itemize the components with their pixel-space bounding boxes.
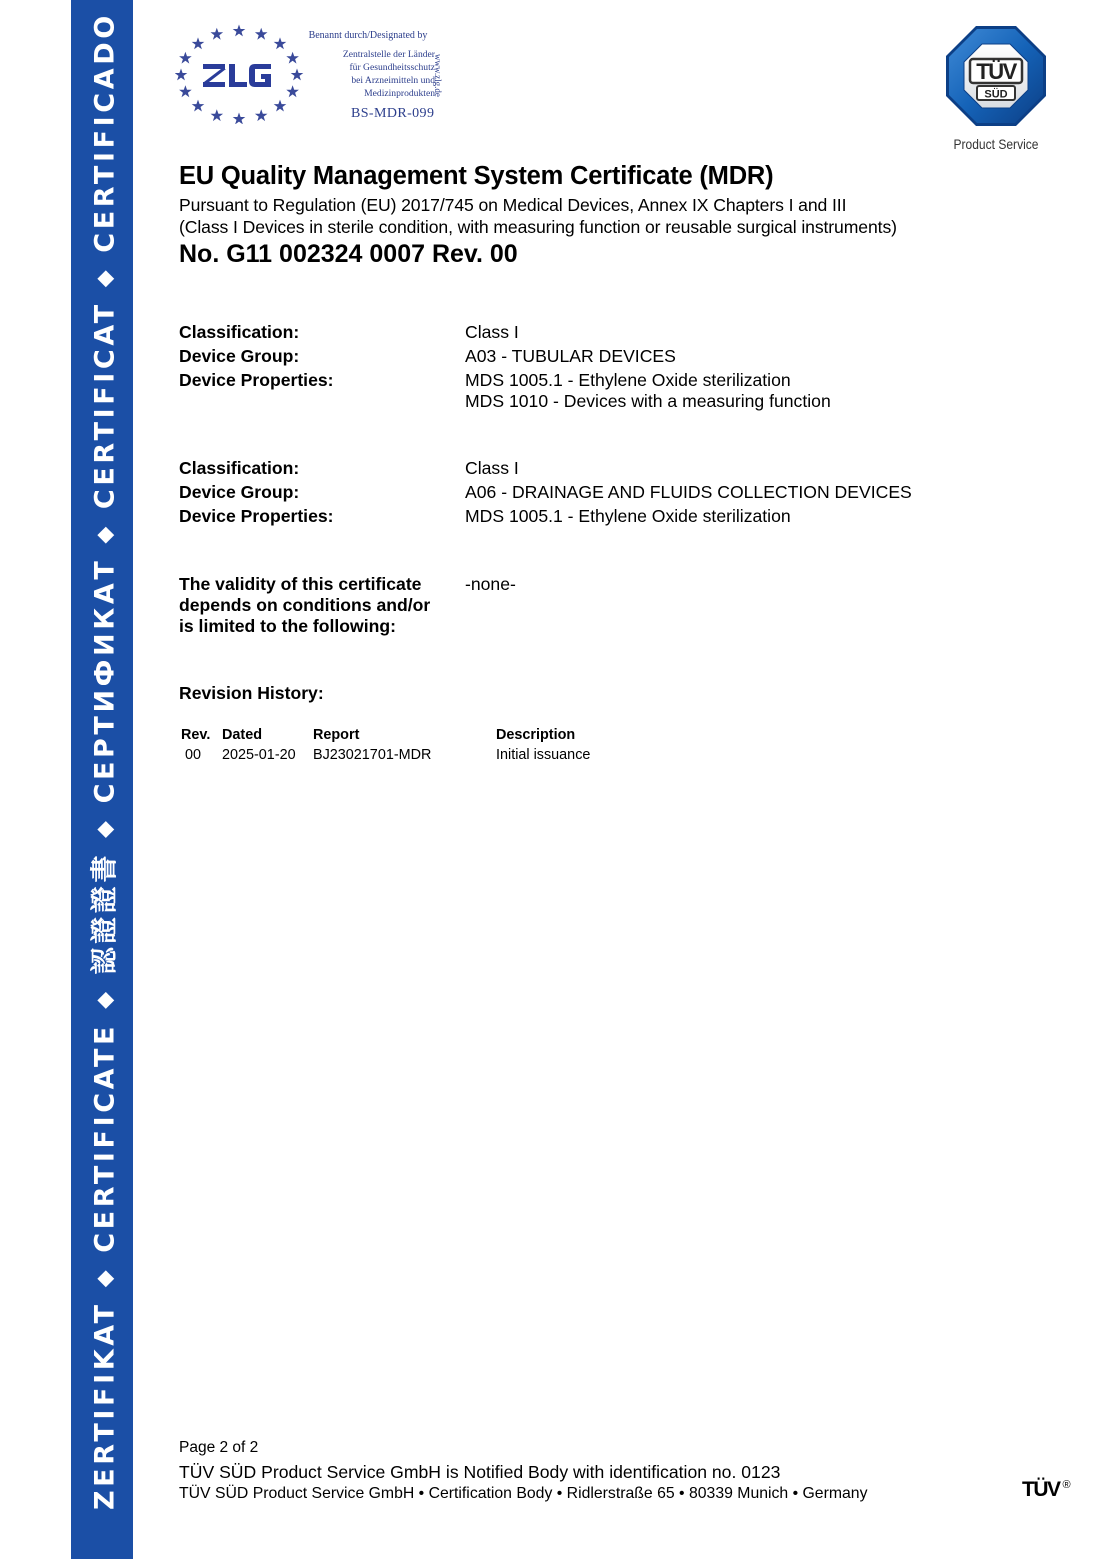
band-word: CERTIFICATE (90, 1022, 121, 1252)
zlg-url: www.zlg.de (433, 54, 443, 97)
cell-report: BJ23021701-MDR (313, 745, 431, 765)
regulation-subtitle: Pursuant to Regulation (EU) 2017/745 on … (179, 195, 846, 216)
diamond-icon: ◆ (93, 523, 118, 544)
value: A06 - DRAINAGE AND FLUIDS COLLECTION DEV… (465, 482, 912, 503)
band-word: CERTIFICADO (90, 12, 121, 252)
column-header-rev: Rev. (181, 725, 210, 745)
zlg-org-line: Medizinprodukten (305, 87, 435, 100)
label: Classification: (179, 458, 299, 479)
svg-text:SÜD: SÜD (984, 88, 1007, 101)
tuv-octagon-icon: TÜV SÜD (944, 24, 1048, 128)
certificate-title: EU Quality Management System Certificate… (179, 162, 773, 191)
side-band: ZERTIFIKAT◆CERTIFICATE◆認證證書◆СЕРТИФИКАТ◆C… (71, 0, 133, 1559)
value: MDS 1005.1 - Ethylene Oxide sterilizatio… (465, 370, 791, 391)
label: Classification: (179, 322, 299, 343)
zlg-org-line: bei Arzneimitteln und (305, 74, 435, 87)
registered-mark: ® (1063, 1479, 1071, 1491)
notified-body-statement: TÜV SÜD Product Service GmbH is Notified… (179, 1462, 780, 1483)
svg-text:TÜV: TÜV (976, 59, 1017, 84)
band-word: СЕРТИФИКАТ (90, 557, 121, 803)
label: Device Properties: (179, 370, 334, 391)
value: Class I (465, 322, 519, 343)
label: Device Properties: (179, 506, 334, 527)
value: MDS 1010 - Devices with a measuring func… (465, 391, 831, 412)
diamond-icon: ◆ (93, 817, 118, 838)
revision-history-title: Revision History: (179, 683, 324, 704)
tuv-brand: TÜV (1022, 1478, 1060, 1501)
validity-label-line: is limited to the following: (179, 616, 459, 637)
value: MDS 1005.1 - Ethylene Oxide sterilizatio… (465, 506, 791, 527)
label: Device Group: (179, 346, 299, 367)
validity-label-line: The validity of this certificate (179, 574, 459, 595)
value: A03 - TUBULAR DEVICES (465, 346, 676, 367)
zlg-org-line: Zentralstelle der Länder (305, 48, 435, 61)
zlg-org-line: für Gesundheitsschutz (305, 61, 435, 74)
zlg-designation-code: BS-MDR-099 (351, 106, 434, 122)
cell-rev: 00 (185, 745, 201, 765)
cell-description: Initial issuance (496, 745, 590, 765)
tuv-caption: Product Service (943, 136, 1050, 152)
cell-dated: 2025-01-20 (222, 745, 296, 765)
band-word: 認證證書 (90, 851, 121, 973)
scope-subtitle: (Class I Devices in sterile condition, w… (179, 217, 897, 238)
label: Device Group: (179, 482, 299, 503)
zlg-designated-by: Benannt durch/Designated by (301, 30, 435, 42)
validity-value: -none- (465, 574, 516, 595)
zlg-logo: Benannt durch/Designated by Zentralstell… (175, 24, 455, 124)
value: Class I (465, 458, 519, 479)
band-word: ZERTIFIKAT (90, 1301, 121, 1510)
diamond-icon: ◆ (93, 1266, 118, 1287)
column-header-report: Report (313, 725, 359, 745)
eu-stars-zlg-emblem-icon (175, 24, 305, 124)
diamond-icon: ◆ (93, 988, 118, 1009)
diamond-icon: ◆ (93, 266, 118, 287)
zlg-organization: Zentralstelle der Länder für Gesundheits… (305, 48, 435, 100)
side-band-text: ZERTIFIKAT◆CERTIFICATE◆認證證書◆СЕРТИФИКАТ◆C… (83, 50, 122, 1510)
page-number: Page 2 of 2 (179, 1439, 258, 1457)
tuv-footer-logo: TÜV® (1022, 1478, 1071, 1502)
validity-label-line: depends on conditions and/or (179, 595, 459, 616)
certificate-number: No. G11 002324 0007 Rev. 00 (179, 240, 518, 269)
validity-label: The validity of this certificate depends… (179, 574, 459, 637)
band-word: CERTIFICAT (90, 301, 121, 509)
tuv-sud-logo: TÜV SÜD Product Service (944, 24, 1048, 154)
company-address: TÜV SÜD Product Service GmbH • Certifica… (179, 1485, 867, 1503)
column-header-description: Description (496, 725, 575, 745)
column-header-dated: Dated (222, 725, 262, 745)
